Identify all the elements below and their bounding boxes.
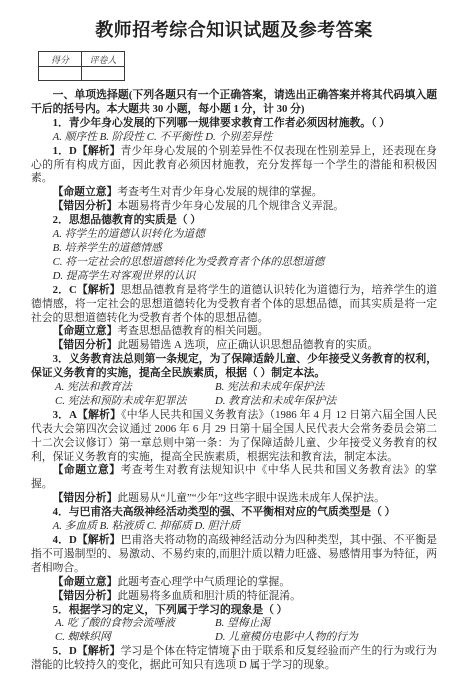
question-2-error: 【错因分析】此题易错选 A 选项，应正确认识思想品德教育的实质。 <box>31 339 437 353</box>
score-value-cell <box>39 67 82 81</box>
question-2-intent-text: 考查思想品德教育的相关问题。 <box>117 325 268 337</box>
question-1-error: 【错因分析】本题易将青少年身心发展的几个规律含义弄混。 <box>31 200 437 214</box>
question-3-option-b: B. 宪法和未成年保护法 <box>215 381 437 395</box>
error-label: 【错因分析】 <box>53 200 118 212</box>
question-2-stem: 2．思想品德教育的实质是（ ） <box>31 214 437 228</box>
question-2-option-a: A. 将学生的道德认识转化为道德 <box>31 228 437 242</box>
question-3-option-d: D. 教育法和未成年保护法 <box>215 395 437 409</box>
question-2-option-b: B. 培养学生的道德情感 <box>31 242 437 256</box>
question-5-stem: 5．根据学习的定义，下列属于学习的现象是（ ） <box>31 604 437 618</box>
question-2-error-text: 此题易错选 A 选项，应正确认识思想品德教育的实质。 <box>117 339 378 351</box>
question-2-intent: 【命题立意】考查思想品德教育的相关问题。 <box>31 325 437 339</box>
question-4-intent-text: 此题考查心理学中气质理论的掌握。 <box>117 576 290 588</box>
question-4-error: 【错因分析】此题易将多血质和胆汁质的特征混淆。 <box>31 590 437 604</box>
question-3-option-c: C. 宪法和预防未成年犯罪法 <box>55 395 215 409</box>
question-1-intent: 【命题立意】考查考生对青少年身心发展的规律的掌握。 <box>31 186 437 200</box>
question-2-answer-prefix: 2．C【解析】 <box>53 284 121 296</box>
question-2-analysis: 2．C【解析】思想品德教育是将学生的道德认识转化为道德行为，培养学生的道德情感，… <box>31 284 437 326</box>
score-table: 得分 评卷人 <box>38 51 125 81</box>
intent-label: 【命题立意】 <box>53 576 118 588</box>
question-5-option-a: A. 吃了酸的食物会流唾液 <box>55 617 215 631</box>
intent-label: 【命题立意】 <box>53 325 118 337</box>
question-3-stem: 3．义务教育法总则第一条规定，为了保障适龄儿童、少年接受义务教育的权利，保证义务… <box>31 353 437 381</box>
error-label: 【错因分析】 <box>53 492 118 504</box>
score-label: 得分 <box>39 52 82 67</box>
document-title: 教师招考综合知识试题及参考答案 <box>31 16 437 42</box>
section-heading: 一、单项选择题(下列各题只有一个正确答案，请选出正确答案并将其代码填入题干后的括… <box>31 89 437 117</box>
grader-label: 评卷人 <box>82 52 125 67</box>
question-4-analysis: 4．D【解析】巴甫洛夫将动物的高级神经活动分为四种类型，其中强、不平衡是指不可遏… <box>31 534 437 576</box>
question-2-option-d: D. 提高学生对客观世界的认识 <box>31 270 437 284</box>
question-1-intent-text: 考查考生对青少年身心发展的规律的掌握。 <box>117 186 322 198</box>
question-1-analysis: 1．D【解析】青少年身心发展的个别差异性不仅表现在性别差异上，还表现在身心的所有… <box>31 145 437 187</box>
question-1-answer-prefix: 1．D【解析】 <box>53 145 121 157</box>
question-3-options-row-2: C. 宪法和预防未成年犯罪法 D. 教育法和未成年保护法 <box>31 395 437 409</box>
question-3-intent: 【命题立意】考查考生对教育法规知识中《中华人民共和国义务教育法》的掌握。 <box>31 464 437 492</box>
question-3-error-text: 此题易从“儿童”“少年”这些字眼中误选未成年人保护法。 <box>117 492 385 504</box>
question-5-option-c: C. 蜘蛛织网 <box>55 631 215 645</box>
question-5-options-row-2: C. 蜘蛛织网 D. 儿童模仿电影中人物的行为 <box>31 631 437 645</box>
intent-label: 【命题立意】 <box>53 464 121 476</box>
question-4-stem: 4．与巴甫洛夫高级神经活动类型的强、不平衡相对应的气质类型是（ ） <box>31 506 437 520</box>
question-3-options-row-1: A. 宪法和教育法 B. 宪法和未成年保护法 <box>31 381 437 395</box>
question-1-error-text: 本题易将青少年身心发展的几个规律含义弄混。 <box>117 200 344 212</box>
score-table-value-row <box>39 67 125 81</box>
question-1-stem: 1．青少年身心发展的下列哪一规律要求教育工作者必须因材施教。（ ） <box>31 117 437 131</box>
question-4-error-text: 此题易将多血质和胆汁质的特征混淆。 <box>117 590 301 602</box>
question-3-answer-prefix: 3．A【解析】 <box>53 409 122 421</box>
question-1-options: A. 顺序性 B. 阶段性 C. 不平衡性 D. 个别差异性 <box>31 131 437 145</box>
intent-label: 【命题立意】 <box>53 186 118 198</box>
question-3-error: 【错因分析】此题易从“儿童”“少年”这些字眼中误选未成年人保护法。 <box>31 492 437 506</box>
question-4-options: A. 多血质 B. 粘液质 C. 抑郁质 D. 胆汁质 <box>31 520 437 534</box>
grader-value-cell <box>82 67 125 81</box>
document-page: 教师招考综合知识试题及参考答案 得分 评卷人 一、单项选择题(下列各题只有一个正… <box>0 0 467 680</box>
question-5-option-b: B. 望梅止渴 <box>215 617 437 631</box>
question-3-analysis: 3．A【解析】《中华人民共和国义务教育法》（1986 年 4 月 12 日第六届… <box>31 409 437 465</box>
score-table-header-row: 得分 评卷人 <box>39 52 125 67</box>
question-2-option-c: C. 将一定社会的思想道德转化为受教育者个体的思想道德 <box>31 256 437 270</box>
page-number: 1 <box>0 650 467 660</box>
question-3-option-a: A. 宪法和教育法 <box>55 381 215 395</box>
question-4-answer-prefix: 4．D【解析】 <box>53 534 121 546</box>
question-4-intent: 【命题立意】此题考查心理学中气质理论的掌握。 <box>31 576 437 590</box>
error-label: 【错因分析】 <box>53 339 118 351</box>
error-label: 【错因分析】 <box>53 590 118 602</box>
question-5-options-row-1: A. 吃了酸的食物会流唾液 B. 望梅止渴 <box>31 617 437 631</box>
question-5-option-d: D. 儿童模仿电影中人物的行为 <box>215 631 437 645</box>
